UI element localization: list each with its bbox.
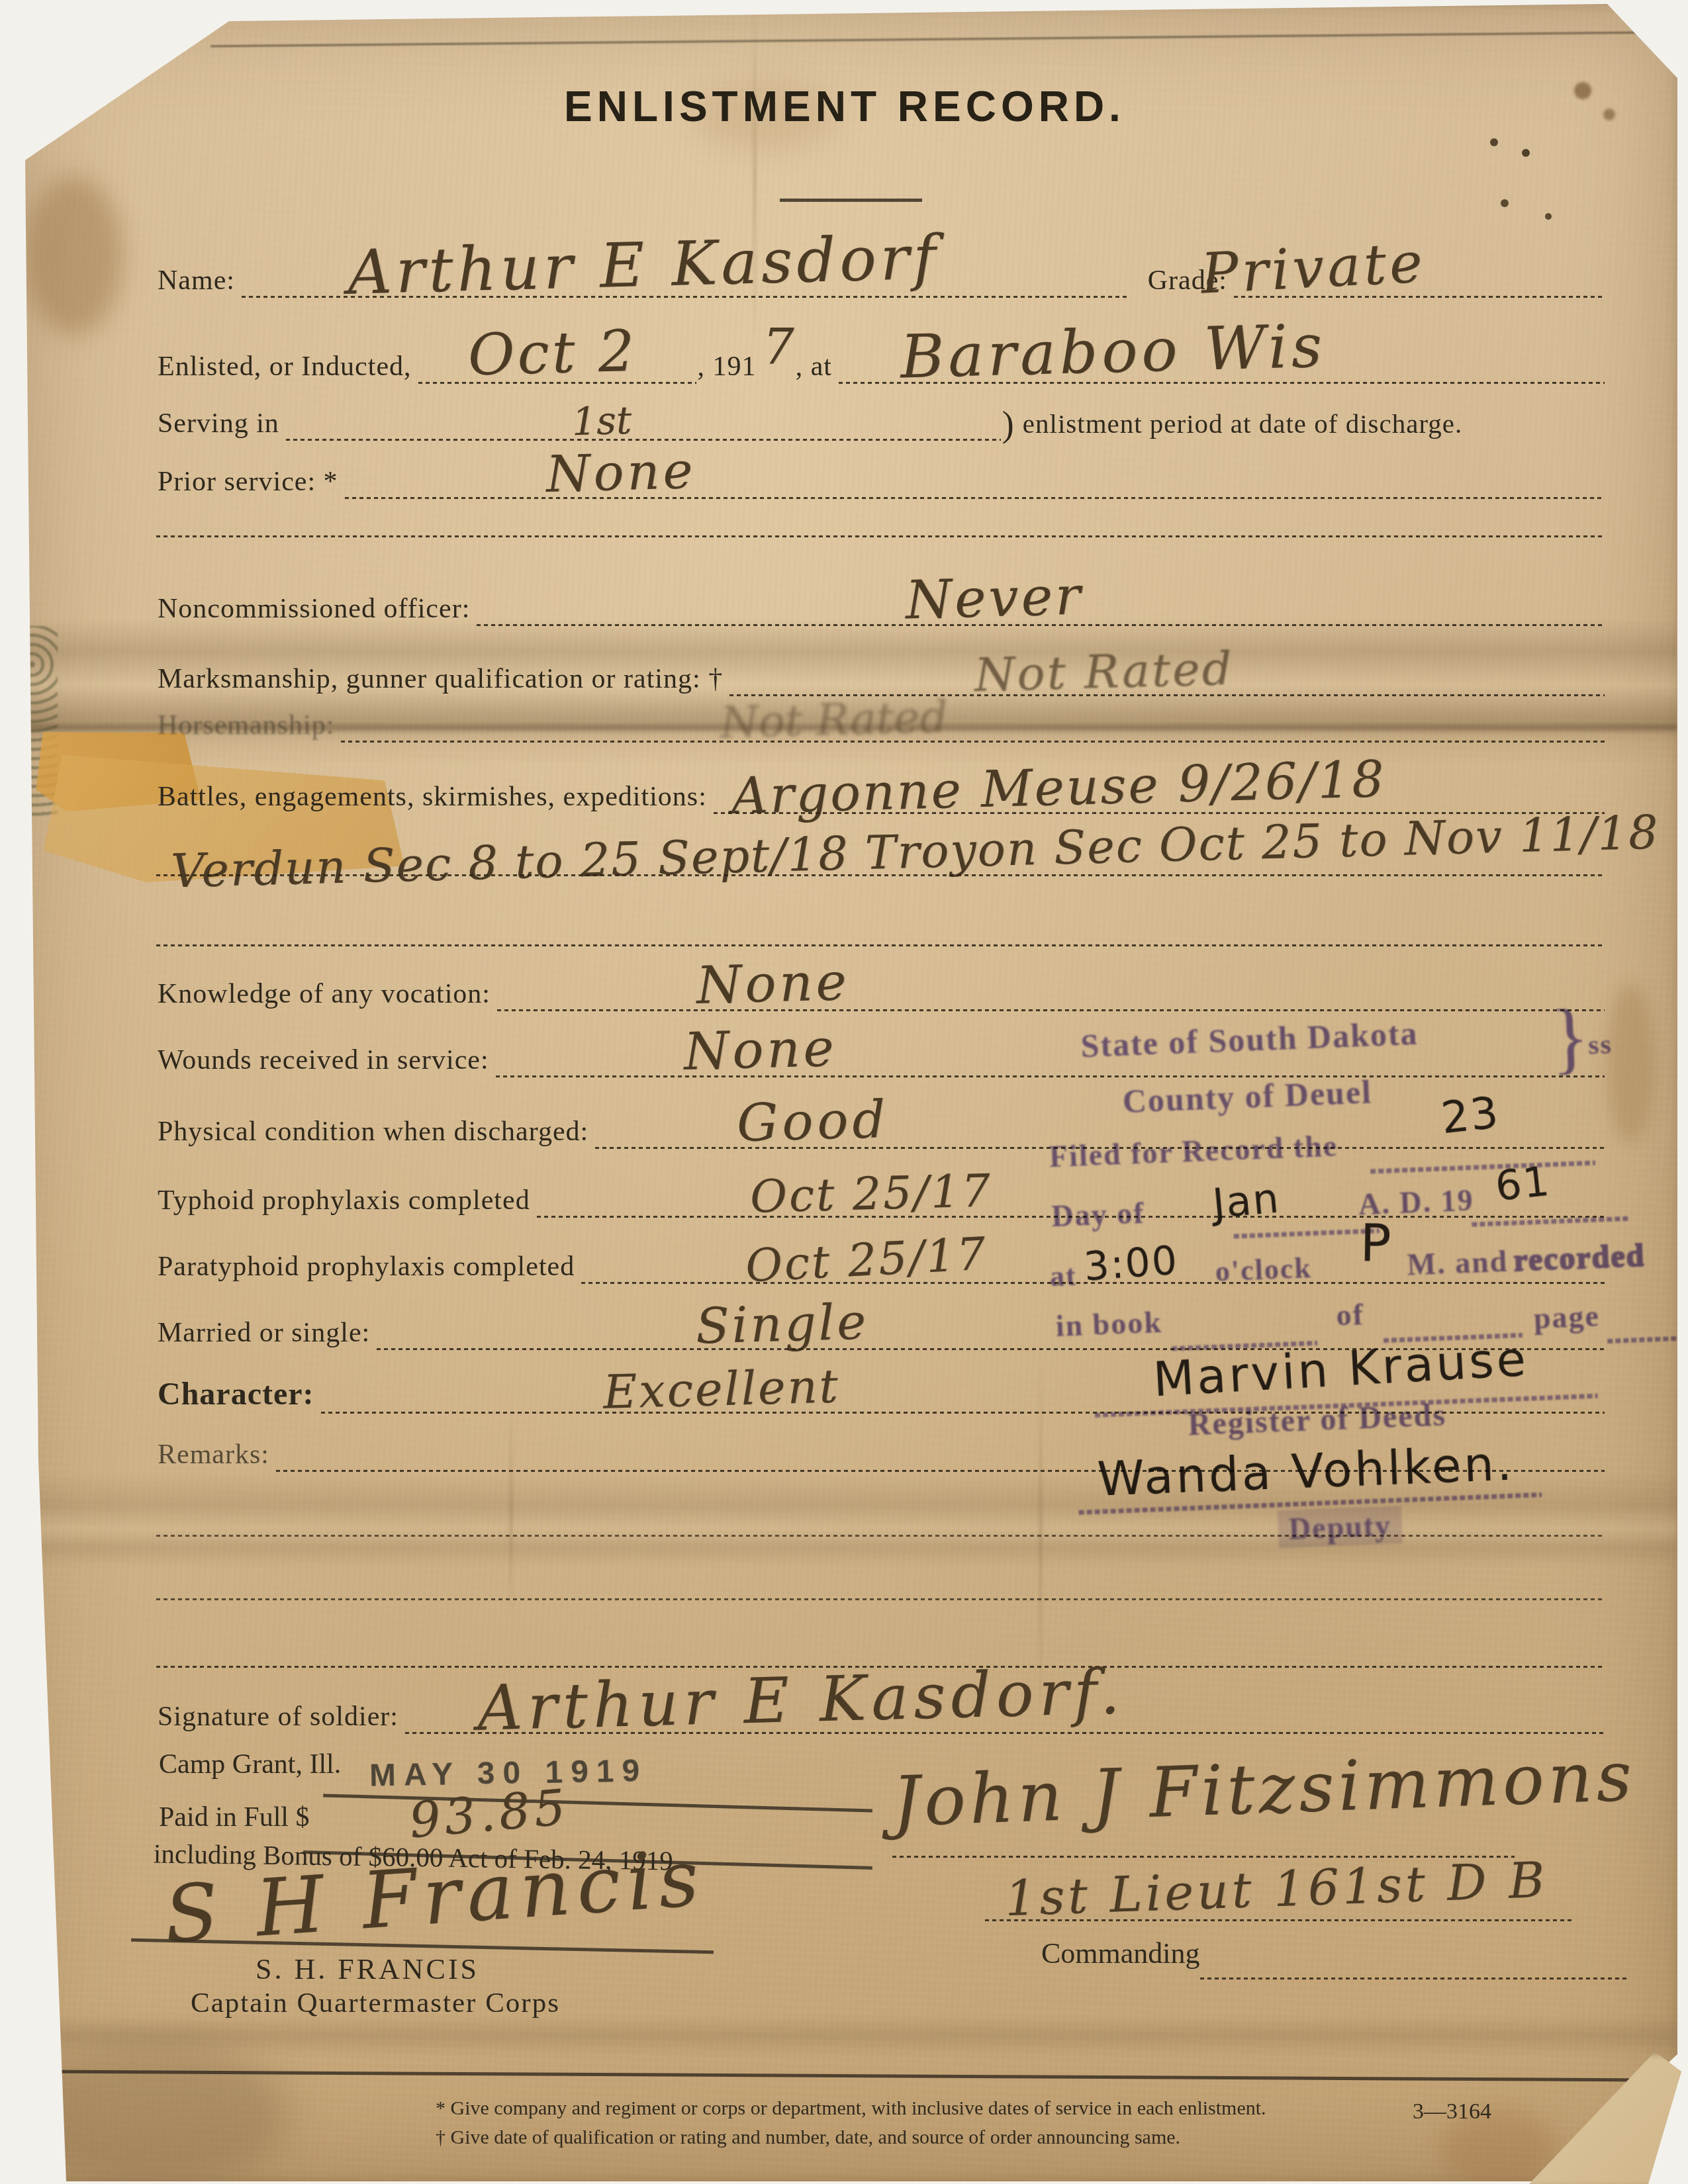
battles-row-2: Verdun Sec 8 to 25 Sept/18 Troyon Sec Oc…	[156, 814, 1605, 880]
paratyphoid-handwriting: Oct 25/17	[744, 1228, 988, 1293]
page-title: ENLISTMENT RECORD.	[12, 82, 1677, 131]
stamp-underline-1	[1370, 1161, 1595, 1174]
enlisted-date-line: Oct 2	[418, 322, 696, 388]
remarks-label: Remarks:	[156, 1439, 276, 1476]
stamp-m-recorded-label: M. and	[1407, 1244, 1509, 1283]
stamp-filed-line: Filed for Record the	[1049, 1128, 1338, 1174]
soldier-signature-label: Signature of soldier:	[156, 1701, 405, 1738]
stamp-of-label: of	[1336, 1297, 1365, 1333]
continuation-line	[156, 475, 1605, 541]
stamp-deputy-label: Deputy	[1278, 1506, 1403, 1548]
empty-line-row	[156, 884, 1605, 950]
footer-rule	[38, 2070, 1654, 2082]
stamp-oclock-label: o'clock	[1215, 1251, 1313, 1289]
battles-line1: Argonne Meuse 9/26/18	[714, 752, 1605, 818]
soldier-signature-row: Signature of soldier: Arthur E Kasdorf.	[156, 1672, 1605, 1738]
paratyphoid-label: Paratyphoid prophylaxis completed	[156, 1251, 581, 1288]
footnote-dagger: † Give date of qualification or rating a…	[436, 2123, 1266, 2152]
typhoid-label: Typhoid prophylaxis completed	[156, 1185, 537, 1222]
title-rule	[780, 199, 922, 202]
enlisted-year-digit-handwriting: 7	[763, 319, 794, 376]
quartermaster-title: Captain Quartermaster Corps	[191, 1987, 560, 2019]
officer-rank-handwriting: 1st Lieut 161st D B	[1004, 1852, 1549, 1928]
continuation-line-row	[156, 475, 1605, 541]
camp-date-line	[323, 1794, 872, 1812]
horsemanship-row: Horsemanship: Not Rated	[156, 680, 1605, 747]
stamp-register-of-deeds-label: Register of Deeds	[1188, 1396, 1447, 1443]
stamp-underline-3	[1472, 1216, 1630, 1227]
scanned-document-page: ENLISTMENT RECORD. Name: Arthur E Kasdor…	[0, 0, 1688, 2184]
horsemanship-label: Horsemanship:	[156, 709, 341, 747]
vocation-label: Knowledge of any vocation:	[156, 978, 497, 1015]
stamp-page-label: page	[1533, 1298, 1601, 1336]
stamp-inbook-label: in book	[1055, 1304, 1163, 1343]
battles-label: Battles, engagements, skirmishes, expedi…	[156, 781, 714, 818]
name-label: Name:	[156, 265, 242, 302]
form-number: 3—3164	[1413, 2099, 1491, 2124]
adhesive-residue	[21, 626, 58, 818]
grade-line: Private	[1234, 236, 1605, 302]
horsemanship-handwriting: Not Rated	[720, 692, 948, 749]
battles-line2: Verdun Sec 8 to 25 Sept/18 Troyon Sec Oc…	[156, 814, 1605, 880]
remarks-empty-row-2	[156, 1538, 1605, 1604]
top-edge-crease	[211, 32, 1640, 48]
soldier-signature-line: Arthur E Kasdorf.	[405, 1672, 1605, 1738]
stamp-day-number-handwriting: 23	[1438, 1087, 1502, 1144]
stain	[24, 176, 123, 335]
footnote-asterisk: * Give company and regiment or corps or …	[436, 2094, 1266, 2123]
stamp-month-handwriting: Jan	[1211, 1173, 1282, 1228]
stamp-underline-2	[1234, 1228, 1380, 1238]
pin-holes	[12, 4, 16, 8]
physical-handwriting: Good	[736, 1090, 890, 1154]
horizontal-fold-band-3	[12, 2016, 1677, 2056]
stamp-state-line: State of South Dakota	[1080, 1014, 1419, 1066]
married-handwriting: Single	[695, 1294, 869, 1355]
married-label: Married or single:	[156, 1317, 377, 1354]
officer-signature-handwriting: John J Fitzsimmons	[891, 1735, 1636, 1842]
nco-row: Noncommissioned officer: Never	[156, 564, 1605, 630]
enlisted-row: Enlisted, or Inducted, Oct 2 , 191 7 , a…	[156, 322, 1605, 388]
paper-sheet: ENLISTMENT RECORD. Name: Arthur E Kasdor…	[12, 4, 1677, 2181]
wounds-handwriting: None	[683, 1019, 838, 1082]
stain	[12, 2042, 290, 2184]
typhoid-handwriting: Oct 25/17	[749, 1165, 993, 1224]
stamp-registrar-handwriting: Marvin Krause	[1152, 1331, 1530, 1408]
vocation-handwriting: None	[696, 952, 851, 1016]
wounds-label: Wounds received in service:	[156, 1044, 496, 1081]
nco-handwriting: Never	[905, 565, 1084, 631]
horsemanship-line: Not Rated	[341, 680, 1605, 747]
stamp-meridiem-handwriting: P	[1360, 1214, 1393, 1274]
stamp-year-handwriting: 61	[1493, 1156, 1552, 1210]
stamp-at-label: at	[1049, 1259, 1078, 1294]
nco-label: Noncommissioned officer:	[156, 593, 477, 630]
name-line: Arthur E Kasdorf	[242, 236, 1127, 302]
enlisted-place-line: Baraboo Wis	[839, 322, 1605, 388]
quartermaster-name: S. H. FRANCIS	[256, 1952, 479, 1986]
nco-line: Never	[477, 564, 1605, 630]
stamp-ss: ss	[1587, 1028, 1613, 1061]
officer-rank-line	[985, 1919, 1574, 1921]
paid-label: Paid in Full $	[159, 1801, 310, 1833]
battles-row: Battles, engagements, skirmishes, expedi…	[156, 752, 1605, 818]
remarks-line3	[156, 1538, 1605, 1604]
camp-label: Camp Grant, Ill.	[159, 1749, 341, 1780]
serving-row: Serving in 1st ) enlistment period at da…	[156, 379, 1605, 445]
stamp-underline-6	[1607, 1336, 1687, 1343]
stamp-county-line: County of Deuel	[1122, 1072, 1373, 1120]
serving-line: 1st	[286, 379, 1001, 445]
empty-line	[156, 884, 1605, 950]
name-grade-row: Name: Arthur E Kasdorf Grade: Private	[156, 236, 1605, 302]
grade-value-handwriting: Private	[1199, 230, 1427, 306]
register-of-deeds-stamp: State of South Dakota } ss County of Deu…	[1039, 985, 1656, 1557]
footnotes: * Give company and regiment or corps or …	[436, 2094, 1266, 2152]
stamp-time-handwriting: 3:00	[1082, 1237, 1180, 1290]
physical-label: Physical condition when discharged:	[156, 1116, 595, 1153]
commanding-line	[1200, 1978, 1627, 1979]
stamp-recorded-label: recorded	[1512, 1237, 1645, 1279]
name-value-handwriting: Arthur E Kasdorf	[347, 222, 941, 308]
stamp-dayof-label: Day of	[1051, 1195, 1145, 1234]
commanding-label: Commanding	[1041, 1936, 1200, 1970]
stamp-brace: }	[1549, 991, 1592, 1084]
